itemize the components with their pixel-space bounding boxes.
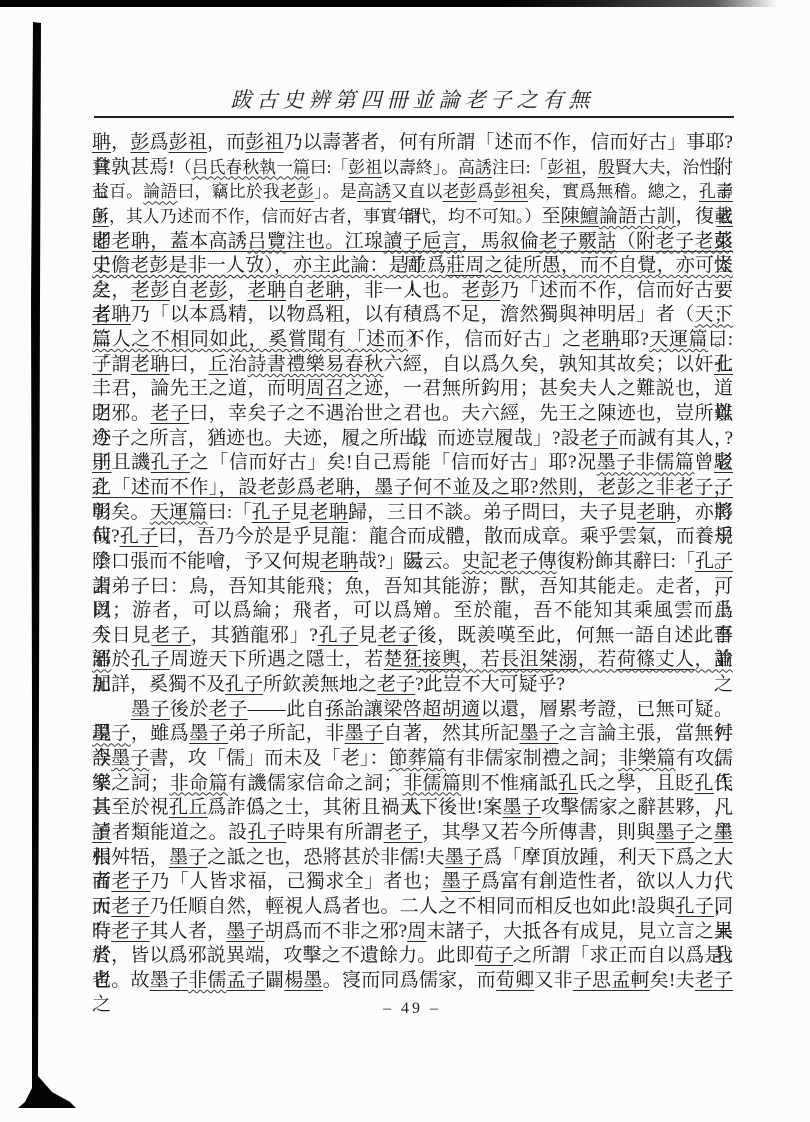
text-line: 明矣。天運篇曰:「孔子見老聃歸，三日不談。弟子問曰，夫子見老聃，亦將何規	[92, 501, 733, 526]
text-line: 罔；游者，可以爲綸；飛者，可以爲矰。至於龍，吾不能知其乘風雲而上天。吾	[92, 599, 733, 624]
text-line: 二人之不相同如此，奚嘗聞有「述而不作，信而好古」之老聃耶?天運篇曰:「孔	[92, 328, 733, 353]
text-line: 而老子乃「人皆求福，己獨求全」者也；墨子爲富有創造性者，欲以人力代天，	[92, 870, 733, 895]
text-line: 七百。論語曰，竊比於我老彭」。是高誘又直以老彭爲彭祖矣，實爲無稽。總之，孔子所謂…	[92, 180, 733, 205]
text-line: 有老子其人者，墨子胡爲而不非之邪?周末諸子，大抵各有成見，見立言之異於我	[92, 920, 733, 945]
scan-top-edge-artifact	[0, 0, 810, 7]
text-line: 墨子，雖爲墨子弟子所記，非墨子自著，然其所記墨子之言論主張，當無舛誤。	[92, 722, 733, 747]
text-line: 之「述而不作」，設老彭爲老聃，墨子何不並及之耶?然則，老彭之非老子，彰彰	[92, 476, 733, 501]
ink-streak-shape	[0, 0, 90, 1122]
header-rule	[94, 116, 734, 118]
text-line: 也。故墨子非儒孟子闢楊墨。寖而同爲儒家，而荀卿又非子思孟軻矣!夫老子之	[92, 969, 733, 994]
scan-left-streak-artifact	[0, 0, 90, 1122]
text-line: 子且譏孔子之「信而好古」矣!自己焉能「信而好古」耶?况墨子非儒篇曾駁孔子	[92, 451, 733, 476]
text-line: 二君，論先王之道，而明周召之迹，一君無所鈎用；甚矣夫人之難説也，道之難	[92, 377, 733, 402]
text-line: 明邪。老子曰，幸矣子之不遇治世之君也。夫六經，先王之陳迹也，豈所以迹哉?	[92, 402, 733, 427]
text-line: 而老子乃任順自然，輕視人爲者也。二人之不相同而相反也如此!設與孔子同時果	[92, 895, 733, 920]
text-line: 予口張而不能噲，予又何規老聃哉?」云云。史記老子傳復粉飾其辭曰:「孔子去，	[92, 550, 733, 575]
text-line: 會孰甚焉!（吕氏春秋執一篇曰:「彭祖以壽終」。高誘注曰:「彭祖，殷賢大夫，治性，…	[92, 156, 733, 181]
text-line: 聃，彭爲彭祖，而彭祖乃以壽著者，何有所謂「述而不作，信而好古」事耶?其附	[92, 131, 733, 156]
text-line: 子謂老聃曰，丘治詩書禮樂易春秋六經，自以爲久矣，孰知其故矣；以奸七十	[92, 353, 733, 378]
text-line: 樂之詞；非命篇有譏儒家信命之詞；非儒篇則不惟痛詆孔氏之學，且貶孔氏其人，	[92, 772, 733, 797]
text-line: 者，皆以爲邪説異端，攻擊之不遺餘力。此即荀子之所謂「求正而自以爲是」者	[92, 944, 733, 969]
text-line: 相舛牾，墨子之詆之也，恐將甚於非儒!夫墨子爲「摩頂放踵，利天下爲之」者，	[92, 846, 733, 871]
running-header: 跋古史辨第四冊並論老子之有無	[90, 84, 735, 114]
text-line: 史儋老彭是非一人攷），亦主此論：是並爲莊周之徒所愚，而不自覺，亦可怪矣!要	[92, 254, 733, 279]
text-line: 墨子後於老子——此自孫詒讓梁啓超胡適以還，層累考證，已無可疑。現行	[92, 698, 733, 723]
text-line: 彭，其人乃述而不作，信而好古者，事實年代，均不可知。）至陳鱣論語古訓，復載老彭	[92, 205, 733, 230]
text-line: 語於孔子周遊天下所遇之隱士，若楚狂接輿，若長沮桀溺，若荷篠丈人，並記之	[92, 648, 733, 673]
text-line: 老聃乃「以本爲精，以物爲粗，以有積爲不足，澹然獨與神明居」者（天下篇）。	[92, 303, 733, 328]
page-number: – 49 –	[92, 1000, 732, 1018]
text-line: 甚至於視孔丘爲詐僞之士，其術且禍天下後世!案墨子攻擊儒家之辭甚夥，凡讀墨	[92, 796, 733, 821]
text-line: 今子之所言，猶迹也。夫迹，履之所出，而迹豈履哉」?設老子而誠有其人，則老	[92, 427, 733, 452]
text-block: 聃，彭爲彭祖，而彭祖乃以壽著者，何有所謂「述而不作，信而好古」事耶?其附會孰甚焉…	[92, 131, 733, 993]
text-line: 哉?孔子曰，吾乃今於是乎見龍：龍合而成體，散而成章。乘乎雲氣，而養乎陰陽。	[92, 525, 733, 550]
text-line: 今日見老子，其猶龍邪」?孔子見老子後，既羨嘆至此，何無一語自述此事邪?論	[92, 624, 733, 649]
text-line: 即老聃，蓋本高誘吕覽注也。江瑔讀子巵言，馬叙倫老子覈詁（附老子老萊子周太	[92, 230, 733, 255]
text-line: 子者類能道之。設孔子時果有所謂老子，其學又若今所傳書，則與墨子之主張大	[92, 821, 733, 846]
text-line: 之，老彭自老彭，老聃自老聃，非一人也。老彭乃「述而不作，信而好古」者；	[92, 279, 733, 304]
text-line: 今墨子書，攻「儒」而未及「老」：節葬篇有非儒家制禮之詞；非樂篇有攻儒家作	[92, 747, 733, 772]
text-line: 謂弟子曰：鳥，吾知其能飛；魚，吾知其能游；獸，吾知其能走。走者，可以爲	[92, 575, 733, 600]
